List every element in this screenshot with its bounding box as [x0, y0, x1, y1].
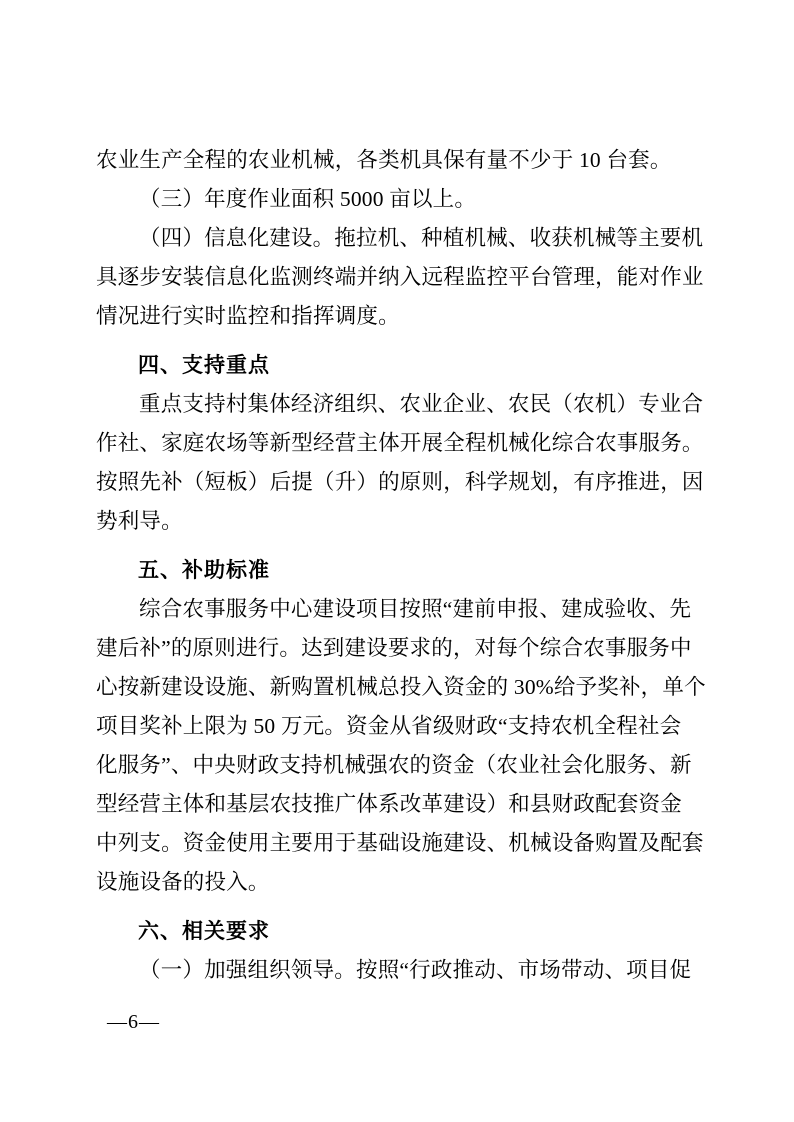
text-line: 情况进行实时监控和指挥调度。	[96, 297, 710, 336]
document-page: 农业生产全程的农业机械，各类机具保有量不少于 10 台套。（三）年度作业面积 5…	[0, 0, 794, 1122]
text-line: 化服务”、中央财政支持机械强农的资金（农业社会化服务、新	[96, 746, 710, 785]
text-line: 项目奖补上限为 50 万元。资金从省级财政“支持农机全程社会	[96, 707, 710, 746]
section-heading: 六、相关要求	[96, 912, 710, 951]
text-line: 重点支持村集体经济组织、农业企业、农民（农机）专业合	[96, 385, 710, 424]
text-line: 建后补”的原则进行。达到建设要求的，对每个综合农事服务中	[96, 629, 710, 668]
text-line: 势利导。	[96, 502, 710, 541]
text-line: 设施设备的投入。	[96, 863, 710, 902]
text-line: 按照先补（短板）后提（升）的原则，科学规划，有序推进，因	[96, 463, 710, 502]
section-heading: 五、补助标准	[96, 551, 710, 590]
text-line: 型经营主体和基层农技推广体系改革建设）和县财政配套资金	[96, 785, 710, 824]
text-line: 综合农事服务中心建设项目按照“建前申报、建成验收、先	[96, 590, 710, 629]
text-line: 中列支。资金使用主要用于基础设施建设、机械设备购置及配套	[96, 824, 710, 863]
text-line: （四）信息化建设。拖拉机、种植机械、收获机械等主要机	[96, 219, 710, 258]
text-line: 农业生产全程的农业机械，各类机具保有量不少于 10 台套。	[96, 141, 710, 180]
section-heading: 四、支持重点	[96, 346, 710, 385]
text-line: 心按新建设设施、新购置机械总投入资金的 30%给予奖补，单个	[96, 668, 710, 707]
page-number: —6—	[107, 1008, 160, 1036]
text-line: 具逐步安装信息化监测终端并纳入远程监控平台管理，能对作业	[96, 258, 710, 297]
text-line: （一）加强组织领导。按照“行政推动、市场带动、项目促	[96, 951, 710, 990]
document-body: 农业生产全程的农业机械，各类机具保有量不少于 10 台套。（三）年度作业面积 5…	[96, 141, 710, 990]
text-line: （三）年度作业面积 5000 亩以上。	[96, 180, 710, 219]
text-line: 作社、家庭农场等新型经营主体开展全程机械化综合农事服务。	[96, 424, 710, 463]
